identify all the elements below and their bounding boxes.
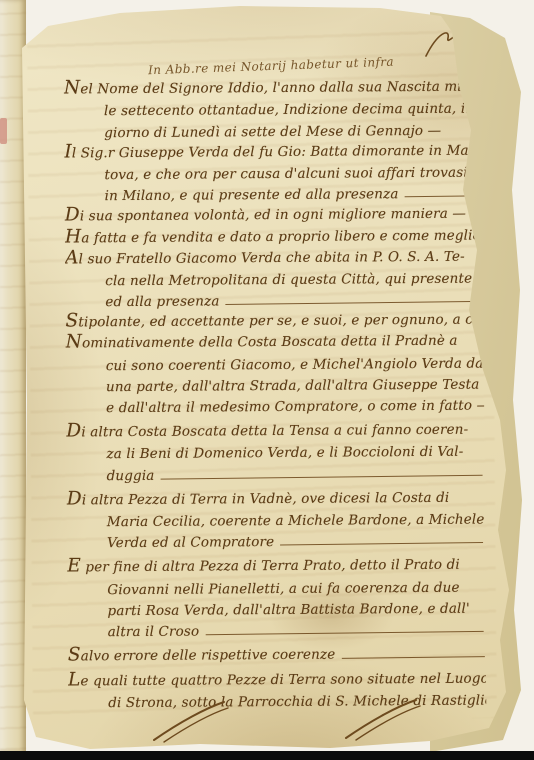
manuscript-line: Nel Nome del Signore Iddio, l'anno dalla…: [64, 75, 482, 99]
manuscript-line-text: cui sono coerenti Giacomo, e Michel'Angi…: [106, 355, 484, 374]
scan-edge-bar: [0, 751, 534, 760]
manuscript-line: duggia: [66, 460, 484, 484]
manuscript-line-text: Il Sig.r Giuseppe Verda del fu Gio: Batt…: [64, 138, 482, 162]
manuscript-line: Nominativamente della Costa Boscata dett…: [66, 329, 484, 353]
manuscript-line: altra il Croso: [68, 616, 486, 640]
flourish-slash-icon: [150, 700, 230, 748]
manuscript-line-text: Nel Nome del Signore Iddio, l'anno dalla…: [64, 75, 471, 99]
manuscript-line-text: Di altra Pezza di Terra in Vadnè, ove di…: [67, 486, 450, 510]
ink-rule: [205, 631, 483, 635]
manuscript-line-text: tova, e che ora per causa d'alcuni suoi …: [104, 164, 486, 183]
manuscript-line: Al suo Fratello Giacomo Verda che abita …: [65, 244, 483, 268]
manuscript-line: E per fine di altra Pezza di Terra Prato…: [67, 553, 485, 577]
manuscript-line: una parte, dall'altra Strada, dall'altra…: [66, 371, 484, 395]
manuscript-line: Di altra Pezza di Terra in Vadnè, ove di…: [67, 485, 485, 509]
manuscript-line: Stipolante, ed accettante per se, e suoi…: [65, 308, 483, 332]
manuscript-line-text: parti Rosa Verda, dall'altra Battista Ba…: [107, 600, 469, 619]
manuscript-line-text: duggia: [107, 467, 155, 483]
manuscript-line-text: e dall'altra il medesimo Compratore, o c…: [106, 397, 486, 416]
manuscript-line: di Strona, sotto la Parrocchia di S. Mic…: [68, 688, 486, 712]
manuscript-line: Di sua spontanea volontà, ed in ogni mig…: [65, 202, 483, 226]
manuscript-line: Ha fatta e fa vendita e dato a proprio l…: [65, 223, 483, 247]
manuscript-line-text: Nominativamente della Costa Boscata dett…: [66, 329, 458, 353]
manuscript-line-text: ed alla presenza: [105, 293, 219, 310]
manuscript-line-text: Salvo errore delle rispettive coerenze: [68, 643, 336, 666]
manuscript-line: Di altra Costa Boscata detta la Tensa a …: [66, 418, 484, 442]
manuscript-line-text: Verda ed al Compratore: [107, 534, 274, 551]
manuscript-line: le settecento ottantadue, Indizione deci…: [64, 96, 482, 120]
manuscript-line: Maria Cecilia, coerente a Michele Bardon…: [67, 506, 485, 530]
manuscript-line-text: in Milano, e qui presente ed alla presen…: [105, 186, 399, 204]
manuscript-line-text: E per fine di altra Pezza di Terra Prato…: [67, 553, 460, 577]
manuscript-line: Le quali tutte quattro Pezze di Terra so…: [68, 667, 486, 691]
flourish-slash-icon: [342, 698, 422, 746]
manuscript-line: ed alla presenza: [65, 286, 483, 310]
red-paper-speck: [0, 118, 7, 144]
manuscript-line: tova, e che ora per causa d'alcuni suoi …: [64, 159, 482, 183]
manuscript-line-text: altra il Croso: [108, 623, 200, 640]
manuscript-line-text: za li Beni di Domenico Verda, e li Bocci…: [106, 444, 463, 462]
manuscript-line: Salvo errore delle rispettive coerenze: [68, 641, 486, 665]
manuscript-text: Nel Nome del Signore Iddio, l'anno dalla…: [64, 75, 486, 712]
ink-rule: [341, 656, 484, 659]
ink-rule: [160, 474, 482, 479]
manuscript-line-text: Di sua spontanea volontà, ed in ogni mig…: [65, 202, 466, 226]
scanned-manuscript: In Abb.re mei Notarij habetur ut infra N…: [0, 0, 534, 760]
ink-rule: [280, 542, 483, 545]
manuscript-line: Giovanni nelli Pianelletti, a cui fa coe…: [67, 574, 485, 598]
manuscript-line: Il Sig.r Giuseppe Verda del fu Gio: Batt…: [64, 138, 482, 162]
manuscript-line-text: Maria Cecilia, coerente a Michele Bardon…: [107, 511, 485, 530]
ink-rule: [226, 301, 482, 305]
manuscript-page: In Abb.re mei Notarij habetur ut infra N…: [0, 0, 534, 760]
manuscript-line-text: Le quali tutte quattro Pezze di Terra so…: [68, 667, 486, 691]
manuscript-line: Verda ed al Compratore: [67, 527, 485, 551]
underlying-page-edge: [0, 0, 26, 752]
manuscript-line: cla nella Metropolitana di questa Città,…: [65, 265, 483, 289]
manuscript-line: e dall'altra il medesimo Compratore, o c…: [66, 392, 484, 416]
manuscript-line: cui sono coerenti Giacomo, e Michel'Angi…: [66, 350, 484, 374]
manuscript-line-text: le settecento ottantadue, Indizione deci…: [104, 101, 474, 120]
manuscript-line: za li Beni di Domenico Verda, e li Bocci…: [66, 439, 484, 463]
manuscript-line-text: cla nella Metropolitana di questa Città,…: [105, 270, 477, 289]
manuscript-line-text: Di altra Costa Boscata detta la Tensa a …: [66, 418, 468, 442]
manuscript-line-text: Stipolante, ed accettante per se, e suoi…: [65, 308, 486, 332]
manuscript-line: parti Rosa Verda, dall'altra Battista Ba…: [67, 595, 485, 619]
manuscript-line-text: una parte, dall'altra Strada, dall'altra…: [106, 376, 480, 395]
manuscript-line-text: Giovanni nelli Pianelletti, a cui fa coe…: [107, 579, 459, 597]
manuscript-line: giorno di Lunedì ai sette del Mese di Ge…: [64, 117, 482, 141]
manuscript-line-text: Ha fatta e fa vendita e dato a proprio l…: [65, 223, 481, 247]
manuscript-line: in Milano, e qui presente ed alla presen…: [65, 180, 483, 204]
manuscript-line-text: Al suo Fratello Giacomo Verda che abita …: [65, 244, 465, 268]
